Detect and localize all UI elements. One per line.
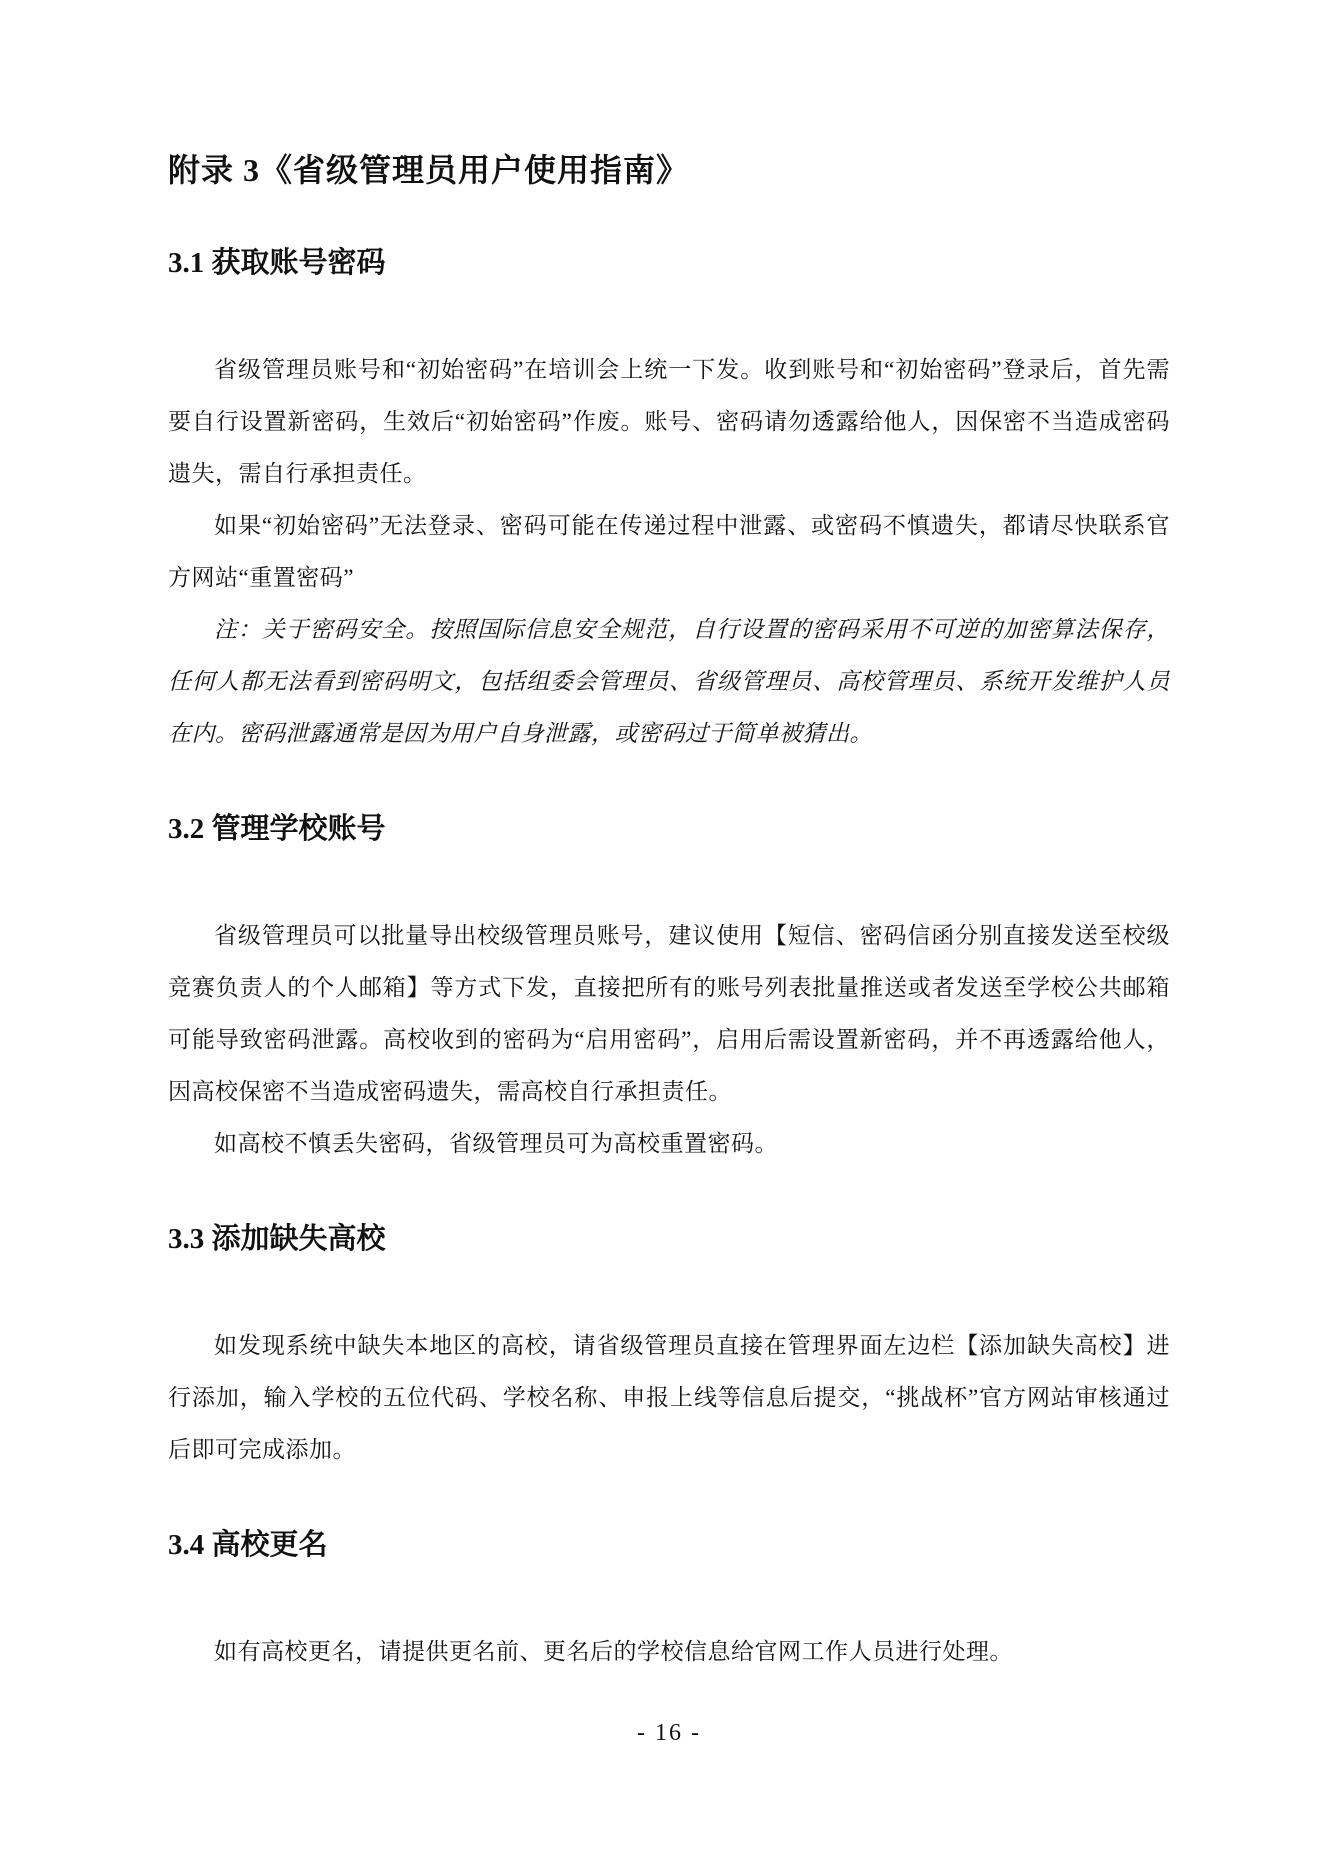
section-heading-3-2: 3.2 管理学校账号 [168, 808, 1170, 850]
document-page: 附录 3《省级管理员用户使用指南》 3.1 获取账号密码 省级管理员账号和“初始… [0, 0, 1322, 1871]
paragraph: 如果“初始密码”无法登录、密码可能在传递过程中泄露、或密码不慎遗失，都请尽快联系… [168, 500, 1170, 604]
section-heading-3-3: 3.3 添加缺失高校 [168, 1218, 1170, 1260]
paragraph: 如高校不慎丢失密码，省级管理员可为高校重置密码。 [168, 1118, 1170, 1170]
paragraph: 如发现系统中缺失本地区的高校，请省级管理员直接在管理界面左边栏【添加缺失高校】进… [168, 1320, 1170, 1476]
paragraph: 省级管理员可以批量导出校级管理员账号，建议使用【短信、密码信函分别直接发送至校级… [168, 910, 1170, 1118]
section-university-rename: 3.4 高校更名 如有高校更名，请提供更名前、更名后的学校信息给官网工作人员进行… [168, 1524, 1170, 1678]
paragraph: 省级管理员账号和“初始密码”在培训会上统一下发。收到账号和“初始密码”登录后，首… [168, 344, 1170, 500]
section-manage-school-accounts: 3.2 管理学校账号 省级管理员可以批量导出校级管理员账号，建议使用【短信、密码… [168, 808, 1170, 1170]
page-title: 附录 3《省级管理员用户使用指南》 [168, 146, 1170, 194]
section-get-account-password: 3.1 获取账号密码 省级管理员账号和“初始密码”在培训会上统一下发。收到账号和… [168, 242, 1170, 760]
section-heading-3-1: 3.1 获取账号密码 [168, 242, 1170, 284]
section-add-missing-university: 3.3 添加缺失高校 如发现系统中缺失本地区的高校，请省级管理员直接在管理界面左… [168, 1218, 1170, 1476]
page-number: - 16 - [168, 1716, 1170, 1750]
paragraph: 如有高校更名，请提供更名前、更名后的学校信息给官网工作人员进行处理。 [168, 1626, 1170, 1678]
section-heading-3-4: 3.4 高校更名 [168, 1524, 1170, 1566]
password-security-note: 注：关于密码安全。按照国际信息安全规范，自行设置的密码采用不可逆的加密算法保存，… [168, 604, 1170, 760]
